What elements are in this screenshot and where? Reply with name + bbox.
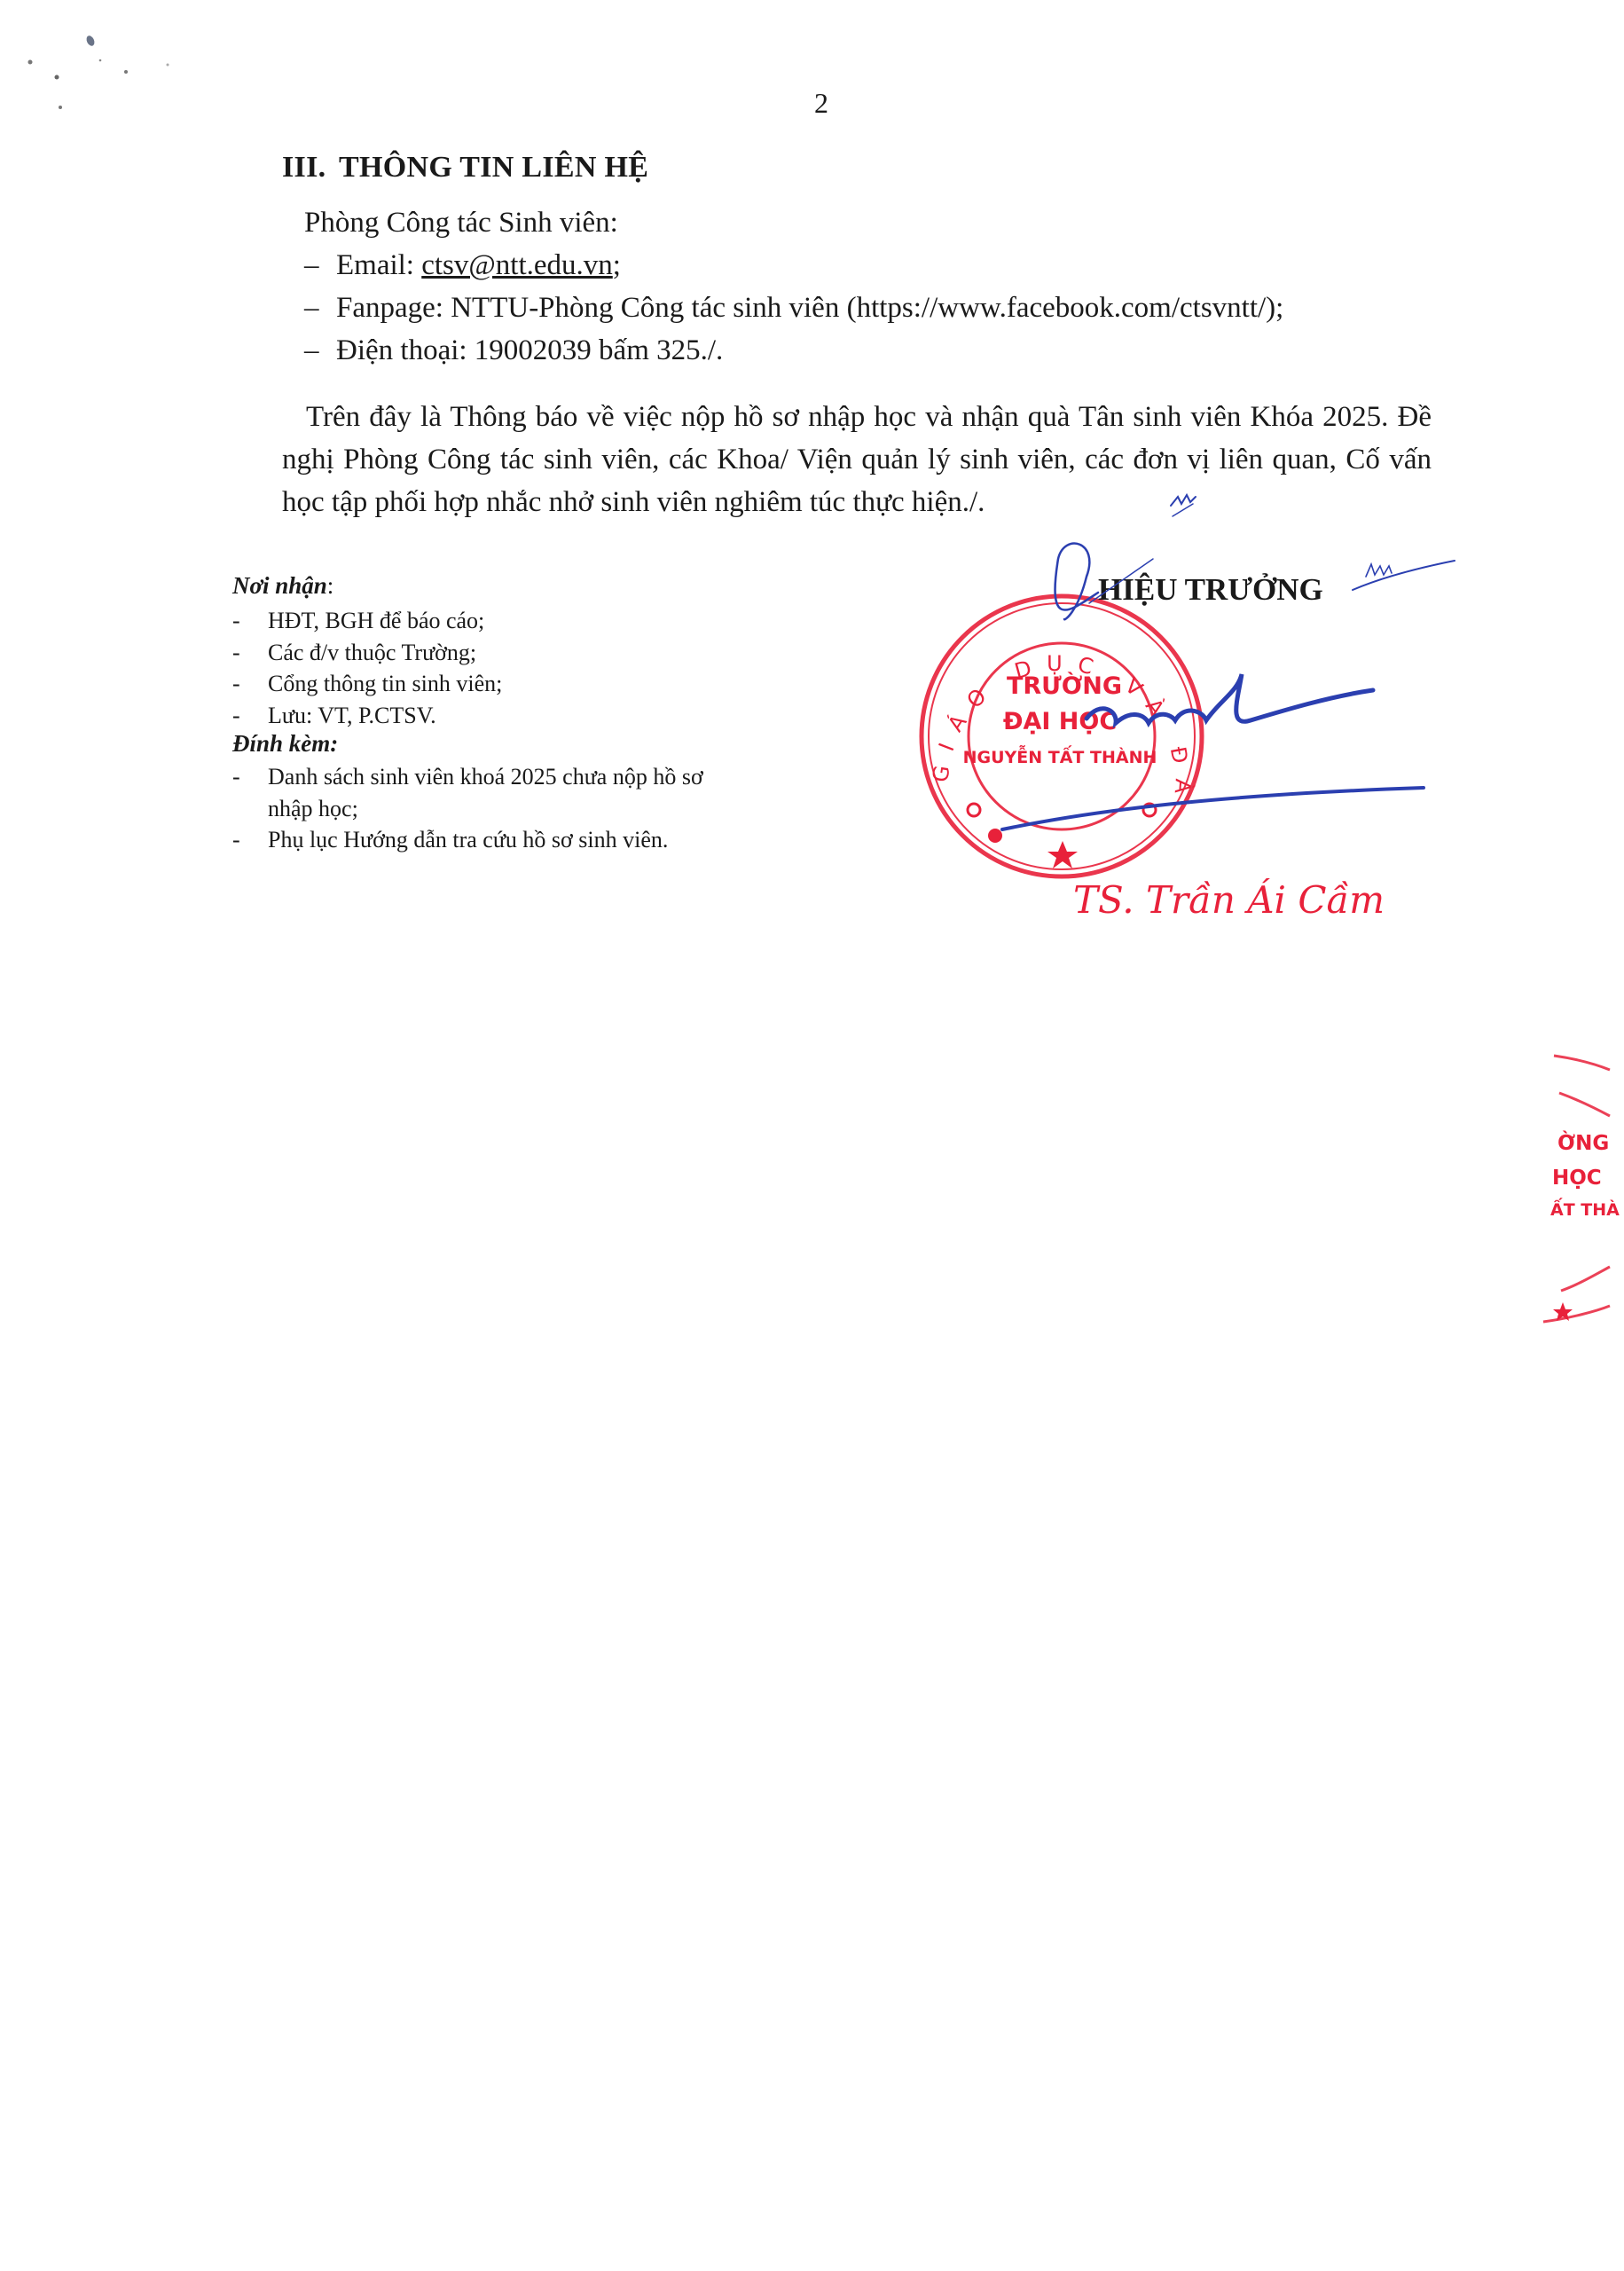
svg-text:ỜNG: ỜNG	[1557, 1130, 1609, 1155]
email-link[interactable]: ctsv@ntt.edu.vn	[421, 249, 613, 281]
recipients-title: Nơi nhận:	[232, 572, 333, 600]
section-number: III.	[282, 151, 339, 185]
fanpage-text: Fanpage: NTTU-Phòng Công tác sinh viên (…	[336, 292, 1283, 324]
attachment-item: Danh sách sinh viên khoá 2025 chưa nộp h…	[232, 761, 729, 824]
signer-name: TS. Trần Ái Cầm	[1073, 878, 1385, 922]
stamp-line: ĐẠI HỌC	[1003, 708, 1117, 735]
phone-text: Điện thoại: 19002039 bấm 325./.	[336, 334, 723, 366]
closing-paragraph: Trên đây là Thông báo về việc nộp hồ sơ …	[282, 396, 1432, 523]
recipient-item: HĐT, BGH để báo cáo;	[232, 605, 765, 637]
contact-phone-line: –Điện thoại: 19002039 bấm 325./.	[304, 334, 723, 367]
dash: –	[304, 249, 336, 282]
recipients-title-colon: :	[327, 572, 334, 599]
recipient-item: Các đ/v thuộc Trường;	[232, 637, 765, 669]
svg-text:HỌC: HỌC	[1552, 1167, 1602, 1190]
attachments-title: Đính kèm:	[232, 730, 338, 758]
dash: –	[304, 292, 336, 325]
attachment-item: Phụ lục Hướng dẫn tra cứu hồ sơ sinh viê…	[232, 824, 765, 856]
section-heading: III.THÔNG TIN LIÊN HỆ	[282, 151, 648, 185]
contact-office: Phòng Công tác Sinh viên:	[304, 207, 618, 240]
dash: –	[304, 334, 336, 367]
recipients-list: HĐT, BGH để báo cáo; Các đ/v thuộc Trườn…	[232, 605, 765, 731]
section-title: THÔNG TIN LIÊN HỆ	[339, 151, 648, 184]
partial-stamp-edge: ỜNG HỌC ẤT THÀ	[0, 0, 1624, 2271]
attachments-list: Danh sách sinh viên khoá 2025 chưa nộp h…	[232, 761, 765, 856]
contact-email-line: –Email: ctsv@ntt.edu.vn;	[304, 249, 621, 282]
recipient-item: Cổng thông tin sinh viên;	[232, 668, 765, 700]
recipient-item: Lưu: VT, P.CTSV.	[232, 700, 765, 732]
email-suffix: ;	[613, 249, 621, 281]
signer-position: HIỆU TRƯỞNG	[1098, 572, 1323, 608]
recipients-title-text: Nơi nhận	[232, 572, 327, 599]
contact-fanpage-line: –Fanpage: NTTU-Phòng Công tác sinh viên …	[304, 292, 1283, 325]
stamp-line: TRƯỜNG	[1007, 672, 1122, 700]
page-number: 2	[814, 87, 828, 120]
handwritten-signature	[0, 0, 1624, 2271]
stamp-line: NGUYỄN TẤT THÀNH	[963, 743, 1157, 767]
email-label: Email:	[336, 249, 421, 281]
svg-text:ẤT THÀ: ẤT THÀ	[1550, 1197, 1620, 1220]
official-stamp: GIÁO DỤC VÀ ĐÀO TẠO TRƯỜNG ĐẠI HỌC NGUYỄ…	[0, 0, 1624, 2271]
scan-specks	[0, 0, 266, 142]
